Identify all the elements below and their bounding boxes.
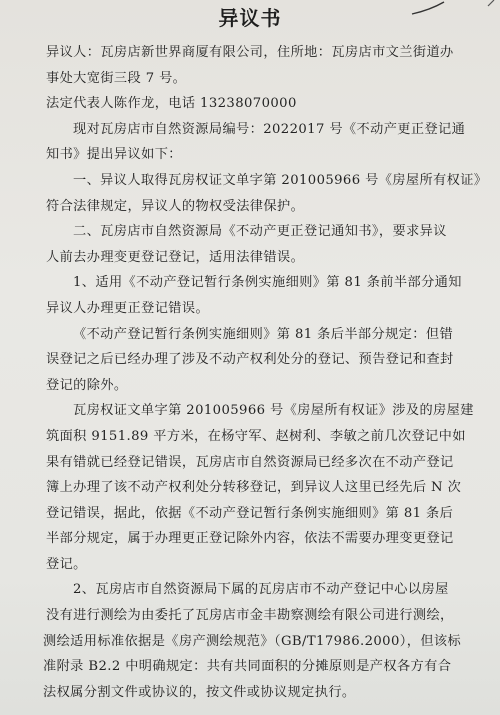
- document-body: 异议人：瓦房店新世界商厦有限公司，住所地：瓦房店市文兰街道办 事处大宽街三段 7…: [46, 40, 458, 705]
- text-line: 登记的除外。: [46, 373, 458, 399]
- text-line: 人前去办理变更登记登记，适用法律错误。: [46, 245, 458, 271]
- text-line: 二、瓦房店市自然资源局《不动产更正登记通知书》，要求异议: [46, 219, 458, 245]
- text-line: 登记。: [46, 552, 458, 578]
- text-line: 知书》提出异议如下：: [46, 142, 458, 168]
- text-line: 簿上办理了该不动产权利处分转移登记，到异议人这里已经先后 N 次: [46, 475, 458, 501]
- text-line: 果有错就已经登记错误，瓦房店市自然资源局已经多次在不动产登记: [46, 450, 458, 476]
- text-line: 没有进行测绘为由委托了瓦房店市金丰勘察测绘有限公司进行测绘，: [46, 603, 458, 629]
- text-line: 异议人办理更正登记错误。: [46, 296, 458, 322]
- text-line: 1、适用《不动产登记暂行条例实施细则》第 81 条前半部分通知: [46, 270, 458, 296]
- text-line: 准附录 B2.2 中明确规定：共有共同面积的分摊原则是产权各方有合: [43, 654, 458, 680]
- text-line: 瓦房权证文单字第 201005966 号《房屋所有权证》涉及的房屋建: [46, 398, 458, 424]
- text-line: 筑面积 9151.89 平方米，在杨守军、赵树利、李敏之前几次登记中如: [46, 424, 458, 450]
- text-line: 法权属分割文件或协议的，按文件或协议规定执行。: [43, 680, 458, 706]
- text-line: 异议人：瓦房店新世界商厦有限公司，住所地：瓦房店市文兰街道办: [46, 40, 458, 66]
- text-line: 现对瓦房店市自然资源局编号：2022017 号《不动产更正登记通: [46, 117, 458, 143]
- text-line: 一、异议人取得瓦房权证文单字第 201005966 号《房屋所有权证》: [46, 168, 458, 194]
- text-line: 事处大宽街三段 7 号。: [46, 66, 458, 92]
- document-page: 异议书 异议人：瓦房店新世界商厦有限公司，住所地：瓦房店市文兰街道办 事处大宽街…: [0, 0, 500, 715]
- text-line: 《不动产登记暂行条例实施细则》第 81 条后半部分规定：但错: [46, 322, 458, 348]
- text-line: 测绘适用标准依据是《房产测绘规范》（GB/T17986.2000），但该标: [43, 629, 458, 655]
- document-title: 异议书: [0, 2, 500, 31]
- text-line: 符合法律规定，异议人的物权受法律保护。: [46, 194, 458, 220]
- text-line: 半部分规定，属于办理更正登记除外内容，依法不需要办理变更登记: [46, 526, 458, 552]
- text-line: 登记错误，据此，依据《不动产登记暂行条例实施细则》第 81 条后: [46, 501, 458, 527]
- text-line: 2、瓦房店市自然资源局下属的瓦房店市不动产登记中心以房屋: [46, 577, 458, 603]
- text-line: 法定代表人陈作龙，电话 13238070000: [46, 91, 458, 117]
- text-line: 误登记之后已经办理了涉及不动产权利处分的登记、预告登记和查封: [46, 347, 458, 373]
